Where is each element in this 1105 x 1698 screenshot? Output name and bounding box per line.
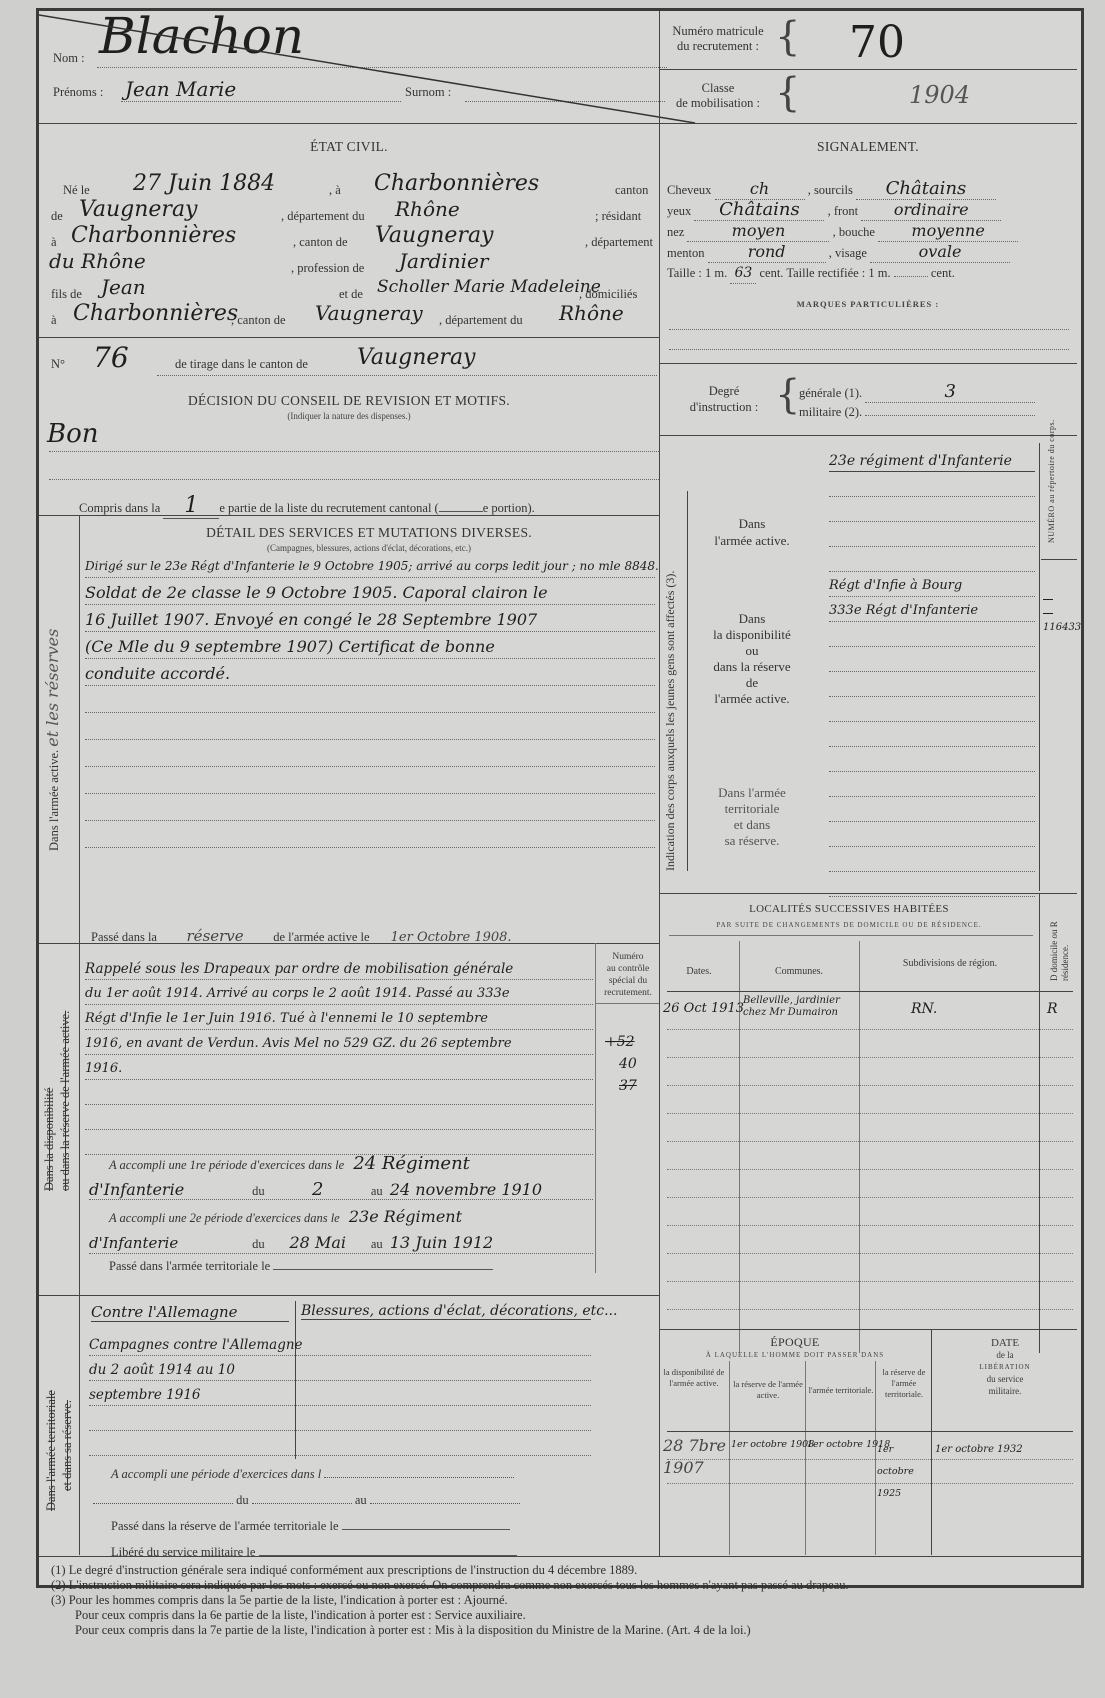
footnote: Pour ceux compris dans la 7e partie de l… (51, 1623, 849, 1638)
numero-controle-header: Numéro au contrôle spécial du recrutemen… (597, 951, 659, 999)
decision-title: DÉCISION DU CONSEIL DE REVISION ET MOTIF… (39, 393, 659, 409)
affectation-line-empty (829, 822, 1035, 847)
numero-controle-h2: au contrôle (597, 963, 659, 975)
localites-row-line (667, 1253, 1073, 1254)
periode2-au-label: au (371, 1237, 383, 1251)
signalement-title: SIGNALEMENT. (659, 139, 1077, 155)
bouche-label: , bouche (833, 225, 875, 239)
libere-row: Libéré du service militaire le (111, 1545, 517, 1560)
instruction-militaire-row: militaire (2). (799, 405, 1035, 420)
territoriale-label-4: sa réserve. (689, 833, 815, 849)
tirage-line (157, 375, 657, 376)
affectations-active-label: Dans l'armée active. (689, 515, 815, 549)
brace-icon: { (775, 17, 800, 57)
territoriale-passe-label: Passé dans l'armée territoriale le (109, 1259, 270, 1273)
epoque-header-line (667, 1431, 1073, 1432)
disponibilite-label-3: ou (689, 643, 815, 659)
epoque-col-divider (875, 1361, 876, 1555)
numero-controle-divider (595, 943, 596, 1273)
residence-value: Charbonnières (71, 223, 236, 248)
affectation-line-empty (829, 647, 1035, 672)
numero-controle-h3: spécial du (597, 975, 659, 987)
classe-value: 1904 (909, 81, 970, 109)
matricule-label-line2: du recrutement : (663, 39, 773, 54)
marques-line-2 (669, 349, 1069, 350)
passe-prefix: Passé dans la (91, 930, 157, 944)
epoque-header-reserve-territoriale: la réserve de l'armée territoriale. (877, 1367, 931, 1400)
epoque-title: ÉPOQUE (659, 1335, 931, 1350)
tirage-no-label: N° (51, 357, 65, 372)
numero-controle-header-line (595, 1003, 659, 1004)
liberation-value: 1er octobre 1932 (935, 1439, 1075, 1461)
disponibilite-lines: Rappelé sous les Drapeaux par ordre de m… (85, 955, 593, 1155)
nez-label: nez (667, 225, 684, 239)
mother-value: Scholler Marie Madeleine (377, 277, 601, 297)
signalement-fields: Cheveux ch , sourcils Châtains yeux Chât… (667, 179, 1071, 284)
menton-value: rond (708, 242, 826, 263)
periode1-au-label: au (371, 1184, 383, 1198)
campagnes-line: du 2 août 1914 au 10 (89, 1356, 591, 1381)
visage-value: ovale (870, 242, 1010, 263)
periode1-du-label: du (252, 1184, 265, 1198)
instruction-label-1: Degré (679, 383, 769, 399)
portion-value (439, 511, 483, 512)
epoque-row-line (667, 1483, 1073, 1484)
instruction-label: Degré d'instruction : (679, 383, 769, 415)
decision-line-2 (49, 479, 659, 480)
instruction-divider (659, 435, 1077, 436)
localites-row-line (667, 1281, 1073, 1282)
signalement-row-1: Cheveux ch , sourcils Châtains (667, 179, 1071, 200)
domicilies-label: , domiciliés (579, 287, 637, 302)
classe-label-line2: de mobilisation : (663, 96, 773, 111)
domicile-value: Charbonnières (73, 301, 238, 326)
signalement-row-2: yeux Châtains , front ordinaire (667, 200, 1071, 221)
cheveux-label: Cheveux (667, 183, 711, 197)
epoque-col-divider (729, 1361, 730, 1555)
affectation-disponibilite-value: Régt d'Infie à Bourg (829, 572, 1035, 597)
numero-controle-values: +52 40 37 (605, 1031, 637, 1097)
liberation-h5: militaire. (933, 1385, 1077, 1397)
reserve-territoriale-label: Passé dans la réserve de l'armée territo… (111, 1519, 339, 1533)
signalement-row-3: nez moyen , bouche moyenne (667, 221, 1071, 242)
periode2-row: A accompli une 2e période d'exercices da… (109, 1207, 462, 1226)
disponibilite-divider (39, 1295, 659, 1296)
taille-rectifiee-value (894, 276, 928, 277)
disponibilite-label-2: la disponibilité (689, 627, 815, 643)
periode1-line (89, 1199, 593, 1200)
periode2-line (89, 1253, 593, 1254)
periode-territoriale-label: A accompli une période d'exercices dans … (111, 1467, 321, 1481)
header-divider (39, 123, 659, 124)
affectation-active-value: 23e régiment d'Infanterie (829, 447, 1035, 472)
birth-date-value: 27 Juin 1884 (133, 171, 275, 196)
decision-value: Bon (47, 419, 99, 449)
disponibilite-line: du 1er août 1914. Arrivé au corps le 2 a… (85, 980, 593, 1005)
periode-territoriale-corps (93, 1503, 233, 1504)
footnote: (1) Le degré d'instruction générale sera… (51, 1563, 849, 1578)
disponibilite-label-5: de (689, 675, 815, 691)
ne-le-label: Né le (63, 183, 90, 198)
liberation-h2: de la (933, 1349, 1077, 1361)
affectations-disponibilite-label: Dans la disponibilité ou dans la réserve… (689, 611, 815, 707)
signalement-row-5: Taille : 1 m. 63 cent. Taille rectifiée … (667, 263, 1071, 284)
signalement-divider (659, 363, 1077, 364)
brace-icon: { (775, 375, 800, 415)
territoriale-passe-row: Passé dans l'armée territoriale le (109, 1259, 493, 1274)
decision-line-1 (49, 451, 659, 452)
affectation-line-empty (829, 797, 1035, 822)
detail-line-empty (85, 767, 655, 794)
localites-header-communes: Communes. (739, 965, 859, 978)
epoque-reserve-territoriale-value: 1er octobre 1925 (877, 1439, 931, 1505)
territoriale-label-1: Dans l'armée (689, 785, 815, 801)
disponibilite-line-empty (85, 1105, 593, 1130)
fils-de-label: fils de (51, 287, 82, 302)
departement3-label: , département du (439, 313, 523, 328)
canton-label: canton (615, 183, 648, 198)
localites-divider (659, 1329, 1077, 1330)
brace-icon: { (775, 73, 800, 113)
front-value: ordinaire (861, 200, 1001, 221)
numero-value: 116433 (1043, 621, 1081, 635)
instruction-generale-label: générale (1). (799, 386, 862, 400)
reserve-territoriale-row: Passé dans la réserve de l'armée territo… (111, 1519, 510, 1534)
reserve-territoriale-value (342, 1529, 510, 1530)
instruction-label-2: d'instruction : (679, 399, 769, 415)
detail-line-empty (85, 794, 655, 821)
periode1-label: A accompli une 1re période d'exercices d… (109, 1158, 344, 1172)
cheveux-value: ch (715, 179, 805, 200)
periode2-du-value: 28 Mai (268, 1233, 368, 1252)
matricule-value: 70 (849, 17, 905, 68)
affectation-line-empty (829, 622, 1035, 647)
periode1-dates-row: d'Infanterie du 2 au 24 novembre 1910 (89, 1179, 542, 1200)
tirage-label: de tirage dans le canton de (175, 357, 308, 372)
periode2-au-value: 13 Juin 1912 (390, 1233, 493, 1252)
campagnes-line: septembre 1916 (89, 1381, 591, 1406)
disponibilite-line: 1916, en avant de Verdun. Avis Mel no 52… (85, 1030, 593, 1055)
sourcils-value: Châtains (856, 179, 996, 200)
numero-controle-value: 40 (605, 1053, 637, 1075)
departement2-name: Rhône (81, 249, 146, 273)
domicile-a-label: à (51, 313, 57, 328)
visage-label: , visage (829, 246, 867, 260)
departement2-label: , département (585, 235, 653, 250)
numero-controle-value: 37 (605, 1075, 637, 1097)
side-label-disponibilite: Dans la disponibilité ou dans la réserve… (41, 1011, 73, 1191)
etat-civil-divider (39, 337, 659, 338)
numero-controle-h1: Numéro (597, 951, 659, 963)
localites-title-rule (669, 935, 1033, 936)
epoque-header-disponibilite: la disponibilité de l'armée active. (659, 1367, 729, 1389)
periode1-au-value: 24 novembre 1910 (390, 1180, 542, 1199)
detail-line: Soldat de 2e classe le 9 Octobre 1905. C… (85, 578, 655, 605)
liberation-h4: du service (933, 1373, 1077, 1385)
taille-label: Taille : 1 m. (667, 266, 727, 280)
localite-commune: Belleville, jardinier chez Mr Dumairon (743, 995, 863, 1019)
portion-suffix: e portion). (483, 501, 535, 515)
localites-type-divider (1039, 893, 1040, 1353)
disponibilite-label-4: dans la réserve (689, 659, 815, 675)
detail-title: DÉTAIL DES SERVICES ET MUTATIONS DIVERSE… (79, 525, 659, 541)
detail-line: 16 Juillet 1907. Envoyé en congé le 28 S… (85, 605, 655, 632)
departement-label: , département du (281, 209, 365, 224)
tirage-no-value: 76 (93, 341, 129, 374)
localites-row-line (667, 1113, 1073, 1114)
du-value (252, 1503, 352, 1504)
side-annotation: et les réserves (43, 629, 62, 747)
signalement-row-4: menton rond , visage ovale (667, 242, 1071, 263)
active-label-2: l'armée active. (689, 532, 815, 549)
canton-de-label: de (51, 209, 63, 224)
father-value: Jean (101, 275, 146, 299)
detail-line-empty (85, 686, 655, 713)
affectation-line-empty (829, 522, 1035, 547)
main-column-divider (659, 11, 660, 1556)
liberation-h3: LIBÉRATION (933, 1361, 1077, 1373)
localites-row-line (667, 1309, 1073, 1310)
numero-value: — (1043, 593, 1081, 607)
periode-territoriale-value (324, 1477, 514, 1478)
instruction-generale-row: générale (1). 3 (799, 381, 1035, 403)
affectation-line-empty (829, 497, 1035, 522)
disponibilite-label-6: l'armée active. (689, 691, 815, 707)
liberation-header: DATE de la LIBÉRATION du service militai… (933, 1337, 1077, 1397)
detail-divider (39, 943, 659, 944)
disponibilite-line: Rappelé sous les Drapeaux par ordre de m… (85, 955, 593, 980)
classe-label: Classe de mobilisation : (663, 81, 773, 111)
numero-column-divider (1039, 443, 1040, 891)
instruction-militaire-value (865, 415, 1035, 416)
localite-type: R (1047, 1001, 1058, 1017)
affectation-line-empty (829, 547, 1035, 572)
detail-lines: Dirigé sur le 23e Régt d'Infanterie le 9… (85, 551, 655, 848)
footnotes: (1) Le degré d'instruction générale sera… (51, 1563, 849, 1638)
epoque-subtitle: À LAQUELLE L'HOMME DOIT PASSER DANS (659, 1351, 931, 1359)
campagnes-line-empty (89, 1406, 591, 1431)
periode2-label: A accompli une 2e période d'exercices da… (109, 1211, 340, 1225)
disponibilite-line-empty (85, 1080, 593, 1105)
localites-row-line (667, 1225, 1073, 1226)
periode-territoriale-row: A accompli une période d'exercices dans … (111, 1467, 514, 1482)
localites-subtitle: PAR SUITE DE CHANGEMENTS DE DOMICILE OU … (659, 921, 1039, 929)
canton2-label: , canton de (293, 235, 348, 250)
numero-value: — (1043, 607, 1081, 621)
canton2-value: Vaugneray (375, 223, 494, 248)
localites-type-header: D domicile ou R résidence. (1049, 911, 1071, 981)
localites-row-line (667, 1197, 1073, 1198)
periode2-dates-row: d'Infanterie du 28 Mai au 13 Juin 1912 (89, 1233, 493, 1252)
disponibilite-line: 1916. (85, 1055, 593, 1080)
classe-label-line1: Classe (663, 81, 773, 96)
du-label: du (236, 1493, 249, 1507)
side-label-armee-active: Dans l'armée active. et les réserves (43, 629, 62, 851)
detail-line-empty (85, 713, 655, 740)
canton-value: Vaugneray (79, 197, 198, 222)
periode1-row: A accompli une 1re période d'exercices d… (109, 1153, 470, 1174)
periode-territoriale-dates: du au (93, 1493, 520, 1508)
tirage-canton-value: Vaugneray (357, 345, 476, 370)
side-label-line1: Dans la disponibilité (41, 1011, 57, 1191)
territoriale-label-3: et dans (689, 817, 815, 833)
yeux-value: Châtains (694, 200, 824, 221)
epoque-col-divider (805, 1361, 806, 1555)
au-label: au (355, 1493, 367, 1507)
affectation-disponibilite-value: 333e Régt d'Infanterie (829, 597, 1035, 622)
nez-value: moyen (687, 221, 829, 242)
taille-rectifiee-cent: cent. (931, 266, 955, 280)
epoque-disponibilite-value: 28 7bre 1907 (663, 1435, 727, 1479)
localites-title: LOCALITÉS SUCCESSIVES HABITÉES (659, 903, 1039, 915)
footnotes-divider (39, 1556, 1081, 1557)
footnote: (3) Pour les hommes compris dans la 5e p… (51, 1593, 849, 1608)
epoque-header-reserve-active: la réserve de l'armée active. (731, 1379, 805, 1401)
et-de-label: et de (339, 287, 363, 302)
side-label-line2: ou dans la réserve de l'armée active. (57, 1011, 73, 1191)
numero-header: NUMÉRO au répertoire du corps. (1047, 419, 1057, 543)
detail-line: conduite accordé. (85, 659, 655, 686)
epoque-row-line (667, 1459, 1073, 1460)
compris-suffix: e partie de la liste du recrutement cant… (219, 501, 438, 515)
etat-civil-title: ÉTAT CIVIL. (39, 139, 659, 155)
matricule-label-line1: Numéro matricule (663, 24, 773, 39)
military-register-sheet: Nom : Blachon Prénoms : Jean Marie Surno… (36, 8, 1084, 1588)
numero-values: — — 116433 (1043, 593, 1081, 635)
periode2-corps: 23e Régiment (349, 1207, 462, 1226)
marques-title: MARQUES PARTICULIÈRES : (659, 299, 1077, 309)
disponibilite-line-empty (85, 1130, 593, 1155)
numero-controle-value: +52 (605, 1031, 637, 1053)
marques-line-1 (669, 329, 1069, 330)
front-label: , front (828, 204, 859, 218)
profession-label: , profession de (291, 261, 364, 276)
campagnes-header: Contre l'Allemagne (91, 1303, 289, 1322)
classe-divider (659, 123, 1077, 124)
taille-rectifiee-label: cent. Taille rectifiée : 1 m. (759, 266, 890, 280)
footnote: Pour ceux compris dans la 6e partie de l… (51, 1608, 849, 1623)
affectation-line-empty (829, 697, 1035, 722)
localite-subdivision: RN. (911, 1001, 937, 1017)
periode1-corps-2: d'Infanterie (89, 1180, 249, 1199)
disponibilite-label-1: Dans (689, 611, 815, 627)
localites-header-dates: Dates. (659, 965, 739, 978)
side-label-territoriale: Dans l'armée territoriale et dans sa rés… (43, 1390, 75, 1511)
localites-header-subdivisions: Subdivisions de région. (865, 957, 1035, 970)
affectation-line-empty (829, 672, 1035, 697)
periode1-corps: 24 Régiment (353, 1153, 470, 1174)
taille-value: 63 (730, 263, 756, 284)
residant-label: ; résidant (595, 209, 641, 224)
epoque-liberation-divider (931, 1329, 932, 1555)
decision-subtitle: (Indiquer la nature des dispenses.) (39, 411, 659, 421)
affectation-line-empty (829, 847, 1035, 872)
liberation-h1: DATE (933, 1337, 1077, 1349)
detail-line-empty (85, 740, 655, 767)
campagnes-lines: Campagnes contre l'Allemagne du 2 août 1… (89, 1331, 591, 1456)
diagonal-strike-line (39, 11, 699, 126)
localites-row-line (667, 1169, 1073, 1170)
localites-row-line (667, 1141, 1073, 1142)
instruction-militaire-label: militaire (2). (799, 405, 862, 419)
a-label: , à (329, 183, 341, 198)
affectation-line-empty (829, 472, 1035, 497)
profession-value: Jardinier (399, 249, 488, 273)
blessures-header: Blessures, actions d'éclat, décorations,… (301, 1303, 591, 1320)
yeux-label: yeux (667, 204, 691, 218)
departement3-value: Rhône (559, 301, 624, 325)
localites-row-line (667, 1057, 1073, 1058)
departement2-prefix: du (49, 249, 75, 273)
territoriale-label-2: territoriale (689, 801, 815, 817)
menton-label: menton (667, 246, 705, 260)
footnote: (2) L'instruction militaire sera indiqué… (51, 1578, 849, 1593)
affectations-side-label: Indication des corps auxquels les jeunes… (663, 571, 678, 871)
numero-controle-h4: recrutement. (597, 987, 659, 999)
instruction-generale-value: 3 (865, 381, 1035, 403)
localites-row-line (667, 1085, 1073, 1086)
side-label-line1: Dans l'armée territoriale (43, 1390, 59, 1511)
affectations-brace-line (687, 491, 688, 871)
sourcils-label: , sourcils (808, 183, 853, 197)
epoque-header-territoriale: l'armée territoriale. (807, 1385, 875, 1396)
numero-header-line (1041, 559, 1077, 560)
campagnes-line-empty (89, 1431, 591, 1456)
affectations-territoriale-label: Dans l'armée territoriale et dans sa rés… (689, 785, 815, 849)
localite-date: 26 Oct 1913 (663, 1001, 744, 1016)
matricule-divider (659, 69, 1077, 70)
bouche-value: moyenne (878, 221, 1018, 242)
matricule-label: Numéro matricule du recrutement : (663, 24, 773, 54)
periode1-du-value: 2 (268, 1179, 368, 1200)
detail-line: (Ce Mle du 9 septembre 1907) Certificat … (85, 632, 655, 659)
birth-place-value: Charbonnières (374, 171, 539, 196)
detail-line-empty (85, 821, 655, 848)
affectation-line-empty (829, 722, 1035, 747)
localites-row: 26 Oct 1913 Belleville, jardinier chez M… (663, 995, 1073, 1025)
active-label-1: Dans (689, 515, 815, 532)
au-value (370, 1503, 520, 1504)
disponibilite-line: Régt d'Infie le 1er Juin 1916. Tué à l'e… (85, 1005, 593, 1030)
canton3-label: , canton de (231, 313, 286, 328)
side-label-column-divider (79, 515, 80, 1555)
periode2-corps-2: d'Infanterie (89, 1234, 249, 1252)
campagnes-line: Campagnes contre l'Allemagne (89, 1331, 591, 1356)
affectations-active-lines: 23e régiment d'Infanterie Régt d'Infie à… (829, 447, 1035, 897)
periode2-du-label: du (252, 1237, 265, 1251)
residant-a-label: à (51, 235, 57, 250)
departement2-value: du Rhône (49, 249, 146, 273)
affectation-line-empty (829, 747, 1035, 772)
decision-divider (39, 515, 659, 516)
canton3-value: Vaugneray (315, 301, 423, 325)
compris-prefix: Compris dans la (79, 501, 160, 515)
detail-line: Dirigé sur le 23e Régt d'Infanterie le 9… (85, 551, 655, 578)
side-label-line2: et dans sa réserve. (59, 1390, 75, 1511)
epoque-reserve-active-value: 1er octobre 1908 (731, 1439, 805, 1450)
affectations-divider (659, 893, 1077, 894)
localites-row-line (667, 1029, 1073, 1030)
departement-value: Rhône (395, 197, 460, 221)
epoque-territoriale-value: 1er octobre 1918 (807, 1439, 875, 1450)
localites-header-line (667, 991, 1073, 992)
passe-suffix: de l'armée active le (273, 930, 369, 944)
side-label-text: Dans l'armée active. (47, 750, 61, 851)
territoriale-passe-value (273, 1269, 493, 1270)
affectation-line-empty (829, 772, 1035, 797)
